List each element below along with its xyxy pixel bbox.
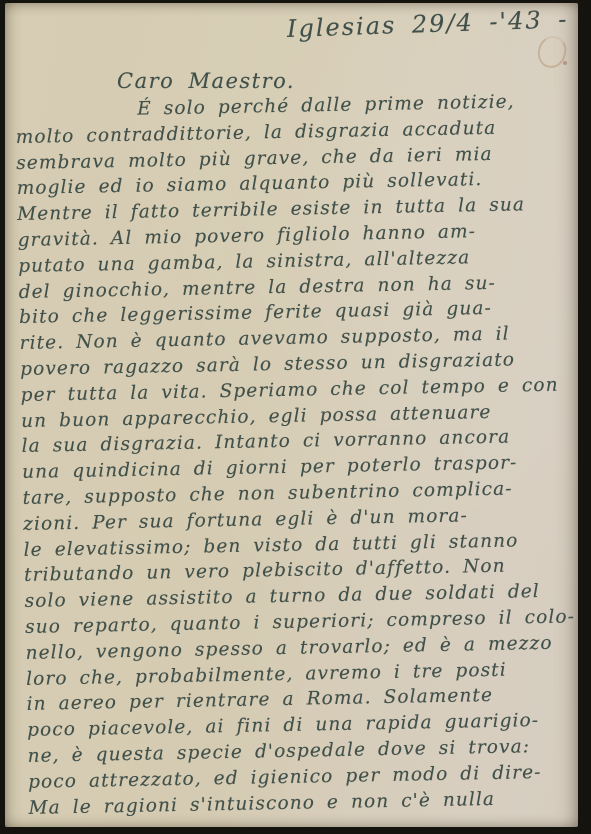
scanned-letter-page: Iglesias 29/4 -'43 - Caro Maestro. É sol… <box>0 0 591 834</box>
letter-paper: Iglesias 29/4 -'43 - Caro Maestro. É sol… <box>5 3 578 827</box>
letter-dateline: Iglesias 29/4 -'43 - <box>287 5 569 43</box>
letter-salutation: Caro Maestro. <box>117 69 295 93</box>
stain-dot <box>563 61 567 65</box>
letter-body: É solo perché dalle prime notizie, molto… <box>15 88 585 821</box>
